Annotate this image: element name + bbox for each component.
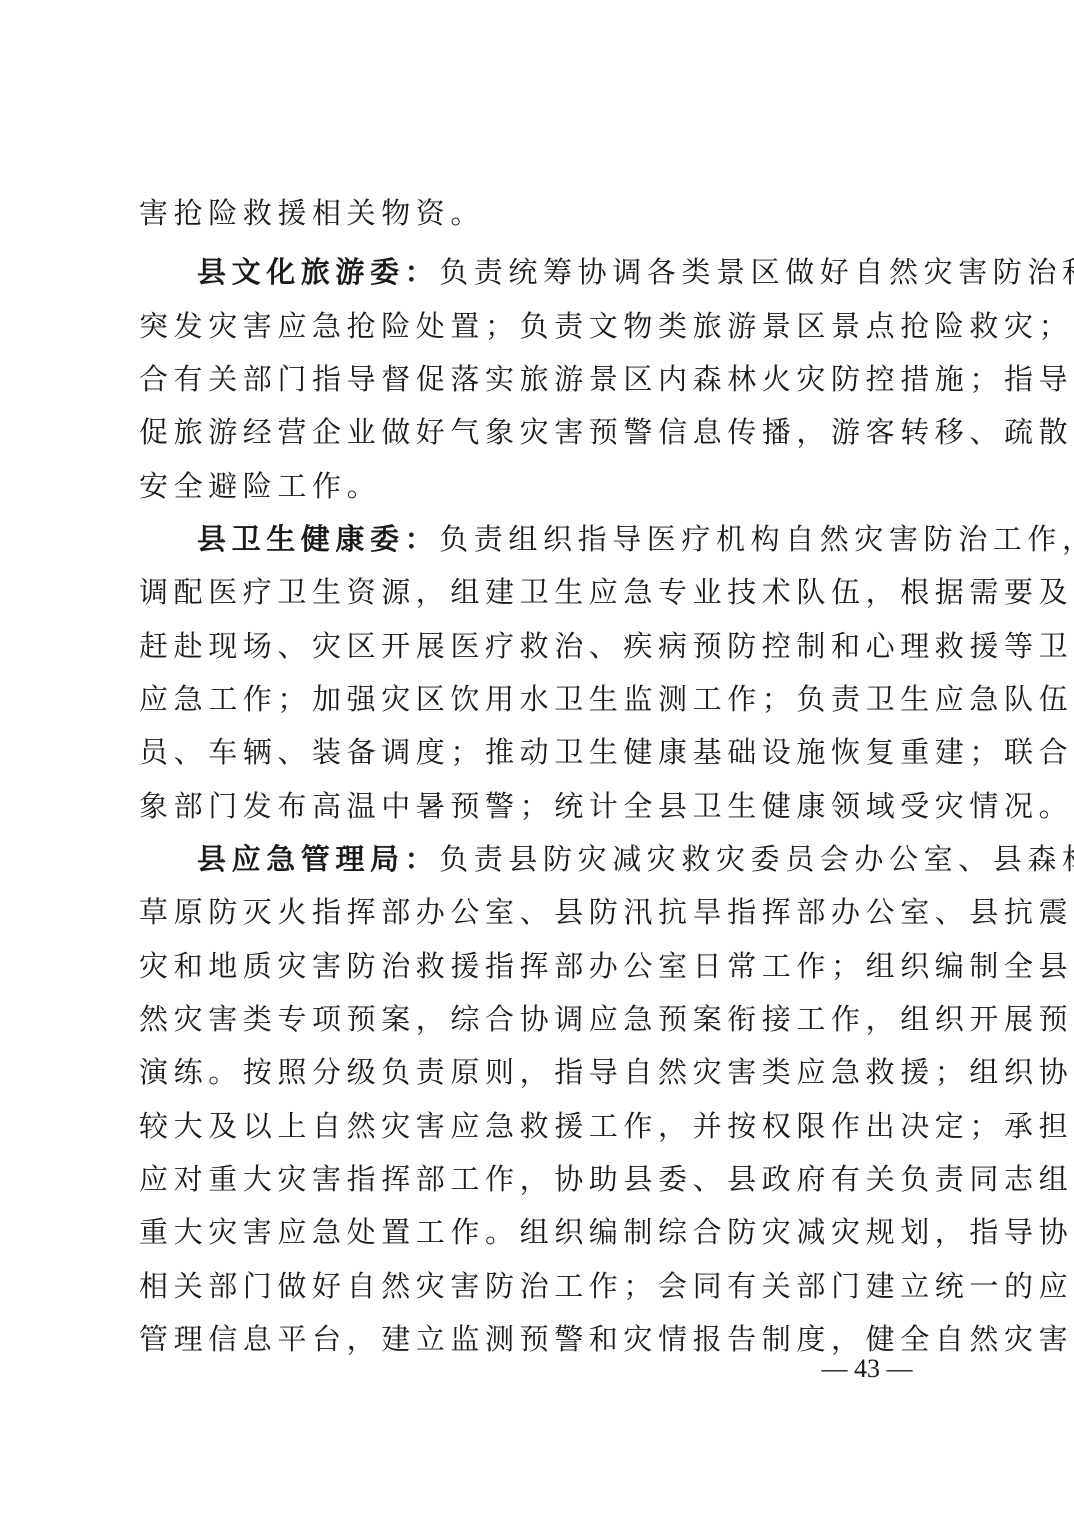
paragraph-heading-culture-tourism: 县文化旅游委： <box>197 255 439 289</box>
paragraph-culture-tourism-first-line: 县文化旅游委：负责统筹协调各类景区做好自然灾害防治和 <box>197 252 944 292</box>
text-line: 重大灾害应急处置工作。组织编制综合防灾减灾规划，指导协调 <box>139 1212 944 1252</box>
text-line: 草原防灭火指挥部办公室、县防汛抗旱指挥部办公室、县抗震救 <box>139 892 944 932</box>
page-number: — 43 — <box>812 1351 922 1387</box>
paragraph-heading-emergency: 县应急管理局： <box>197 842 439 876</box>
text-line: 演练。按照分级负责原则，指导自然灾害类应急救援；组织协调 <box>139 1052 944 1092</box>
text-line: 赶赴现场、灾区开展医疗救治、疾病预防控制和心理救援等卫生 <box>139 626 944 666</box>
paragraph-health-first-line: 县卫生健康委：负责组织指导医疗机构自然灾害防治工作， <box>197 519 944 559</box>
text-line: 员、车辆、装备调度；推动卫生健康基础设施恢复重建；联合气 <box>139 732 944 772</box>
text-line: 然灾害类专项预案，综合协调应急预案衔接工作，组织开展预案 <box>139 999 944 1039</box>
text-line: 害抢险救援相关物资。 <box>139 193 944 233</box>
text-line: 较大及以上自然灾害应急救援工作，并按权限作出决定；承担县 <box>139 1106 944 1146</box>
text-line: 应急工作；加强灾区饮用水卫生监测工作；负责卫生应急队伍人 <box>139 679 944 719</box>
text-line: 相关部门做好自然灾害防治工作；会同有关部门建立统一的应急 <box>139 1266 944 1306</box>
text-span: 负责组织指导医疗机构自然灾害防治工作， <box>439 522 1074 556</box>
text-span: 负责县防灾减灾救灾委员会办公室、县森林 <box>439 842 1074 876</box>
text-line: 象部门发布高温中暑预警；统计全县卫生健康领域受灾情况。 <box>139 786 944 826</box>
text-line: 应对重大灾害指挥部工作，协助县委、县政府有关负责同志组织 <box>139 1159 944 1199</box>
text-line: 安全避险工作。 <box>139 466 944 506</box>
text-line: 灾和地质灾害防治救援指挥部办公室日常工作；组织编制全县自 <box>139 946 944 986</box>
text-line: 促旅游经营企业做好气象灾害预警信息传播，游客转移、疏散等 <box>139 412 944 452</box>
text-line: 合有关部门指导督促落实旅游景区内森林火灾防控措施；指导督 <box>139 359 944 399</box>
document-page: 害抢险救援相关物资。 县文化旅游委：负责统筹协调各类景区做好自然灾害防治和 突发… <box>0 0 1074 1520</box>
text-span: 负责统筹协调各类景区做好自然灾害防治和 <box>439 255 1074 289</box>
text-line: 调配医疗卫生资源，组建卫生应急专业技术队伍，根据需要及时 <box>139 572 944 612</box>
text-line: 突发灾害应急抢险处置；负责文物类旅游景区景点抢险救灾；配 <box>139 306 944 346</box>
paragraph-emergency-first-line: 县应急管理局：负责县防灾减灾救灾委员会办公室、县森林 <box>197 839 944 879</box>
paragraph-heading-health: 县卫生健康委： <box>197 522 439 556</box>
